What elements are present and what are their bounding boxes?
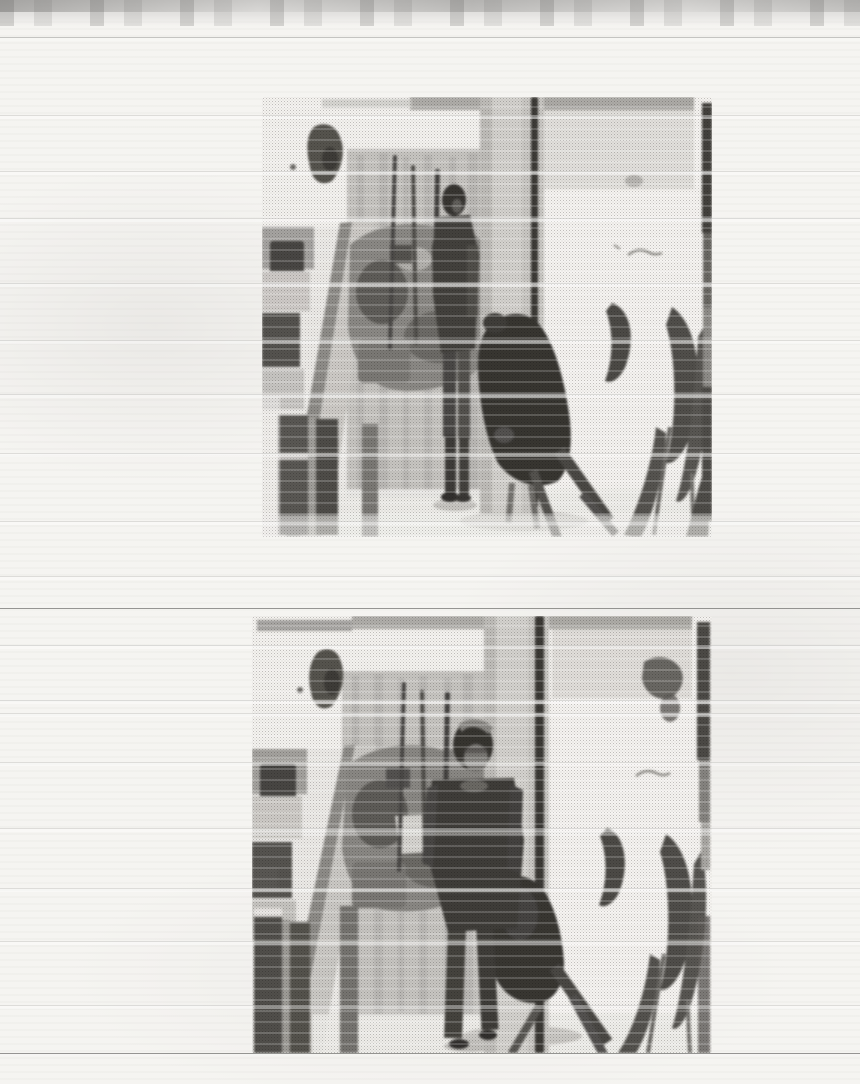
- scan-artifact-line: [0, 37, 860, 41]
- scan-artifact-line: [0, 645, 860, 649]
- scan-artifact-line: [0, 394, 860, 398]
- scan-artifact-line: [0, 521, 860, 525]
- scan-artifact-line: [0, 453, 860, 457]
- photo1-door-edge: [702, 103, 712, 521]
- scan-artifact-line: [0, 762, 860, 766]
- scan-artifact-line: [0, 283, 860, 287]
- scan-artifact-line: [0, 576, 860, 580]
- scan-artifact-line: [0, 115, 860, 119]
- scan-artifact-line: [0, 828, 860, 832]
- bottom-scan-line: [0, 1053, 860, 1056]
- scan-artifact-line: [0, 1005, 860, 1009]
- scan-artifact-line: [0, 888, 860, 892]
- scan-artifact-line: [0, 340, 860, 344]
- scanner-noise-edge: [0, 0, 860, 12]
- scan-artifact-line: [0, 700, 860, 704]
- scan-artifact-line: [0, 941, 860, 945]
- scanned-page: [0, 0, 860, 1084]
- video-still-bottom: [252, 616, 712, 1053]
- scan-artifact-line: [0, 218, 860, 222]
- scan-artifact-line: [0, 171, 860, 175]
- video-still-top: [262, 97, 712, 537]
- scan-artifact-line: [0, 713, 860, 717]
- separator-scan-line: [0, 608, 860, 611]
